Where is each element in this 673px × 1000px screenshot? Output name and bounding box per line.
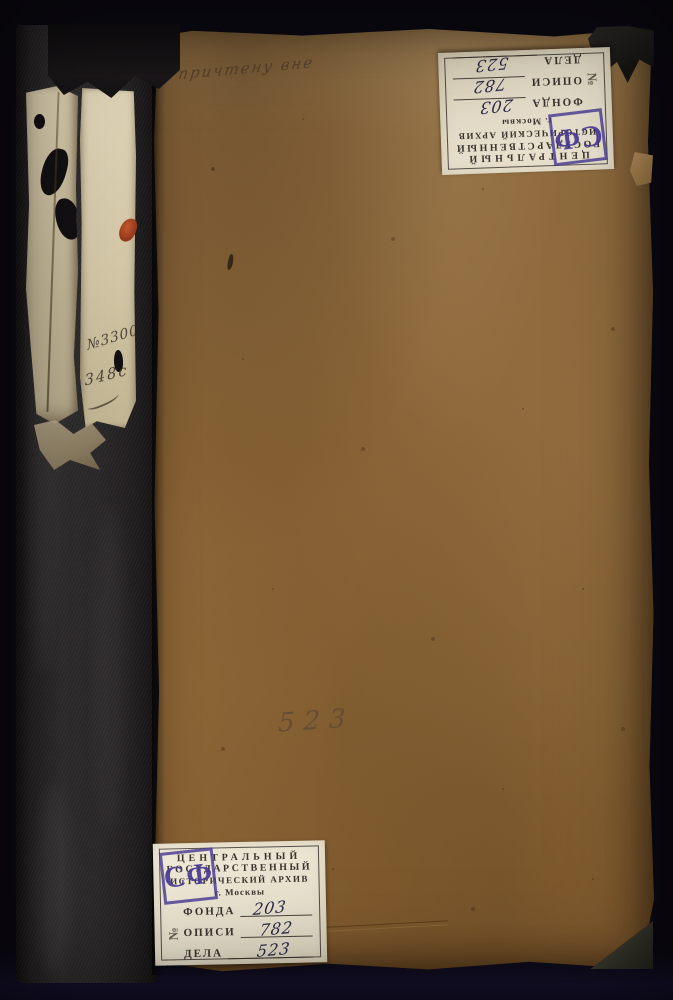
delo-underline: 523 (228, 939, 313, 959)
archive-label-top: ЦЕНТРАЛЬНЫЙ ГОСУДАРСТВЕННЫЙ ИСТОРИЧЕСКИЙ… (438, 47, 614, 175)
opis-value: 782 (258, 918, 294, 940)
number-sign: № (584, 73, 600, 88)
sf-stamp: СФ (548, 108, 608, 166)
opis-underline: 782 (453, 76, 525, 96)
pencil-case-number: 523 (278, 703, 356, 738)
label-rows: № ФОНДА 203 ОПИСИ 782 (445, 48, 605, 116)
delo-row: ДЕЛА 523 (184, 940, 313, 960)
handwriting-flourish (85, 390, 120, 412)
opis-row: ОПИСИ 782 (183, 919, 312, 939)
archive-label-bottom: ЦЕНТРАЛЬНЫЙ ГОСУДАРСТВЕННЫЙ ИСТОРИЧЕСКИЙ… (153, 840, 328, 966)
spine-wear-streak (96, 505, 126, 835)
opis-label: ОПИСИ (184, 927, 236, 939)
archival-folder-cover-photo: №3300 348c причтену вне 523 ЦЕНТРАЛЬНЫЙ … (0, 0, 673, 1000)
fond-value: 203 (478, 95, 513, 118)
spine-handwritten-code: 348c (84, 360, 129, 389)
delo-value: 523 (256, 939, 292, 961)
spine-torn-label-left (26, 86, 78, 424)
label-rows: № ФОНДА 203 ОПИСИ 782 (161, 898, 320, 964)
fond-underline: 203 (240, 897, 312, 916)
fond-underline: 203 (454, 97, 526, 117)
delo-label: ДЕЛА (184, 948, 223, 960)
opis-value: 782 (472, 74, 507, 97)
number-stamp: № (163, 901, 184, 964)
spine-wear-streak (36, 785, 70, 975)
fond-value: 203 (252, 897, 288, 919)
delo-value: 523 (474, 53, 509, 76)
fond-label: ФОНДА (183, 906, 235, 918)
paper-crease (46, 92, 59, 412)
spine-torn-label-right: №3300 348c (80, 88, 136, 428)
sf-stamp: СФ (159, 847, 218, 905)
fond-row: ФОНДА 203 (183, 898, 312, 918)
ink-blot (34, 114, 45, 129)
spine-handwritten-number: №3300 (86, 322, 140, 354)
opis-label: ОПИСИ (530, 74, 583, 87)
spine-hinge-shadow (152, 28, 165, 975)
spine-torn-cloth-flap (48, 24, 180, 98)
number-stamp: № (581, 48, 603, 112)
delo-label: ДЕЛА (542, 53, 581, 65)
delo-underline: 523 (452, 55, 538, 76)
fond-label: ФОНДА (530, 95, 583, 108)
opis-row: ОПИСИ 782 (453, 74, 583, 95)
delo-row: ДЕЛА 523 (452, 53, 582, 74)
opis-underline: 782 (241, 918, 313, 938)
number-sign: № (165, 926, 181, 940)
